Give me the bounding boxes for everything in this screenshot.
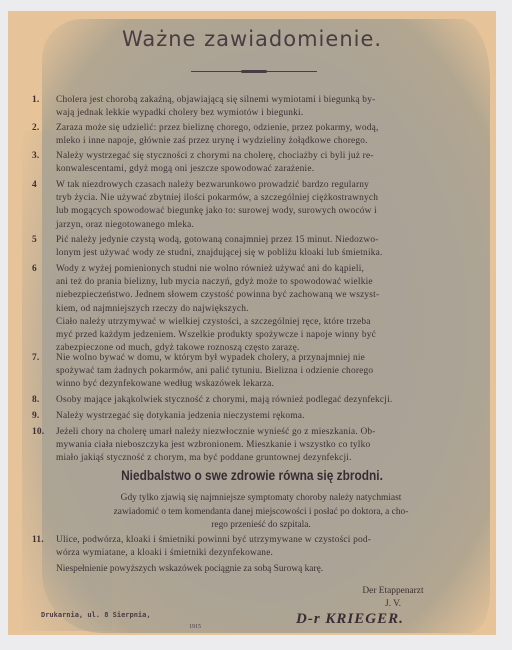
year-mark: 1915 xyxy=(189,624,201,630)
signature-role: Der Etappenarzt xyxy=(338,586,448,596)
poster-title: Ważne zawiadomienie. xyxy=(8,27,496,51)
signature-jv: J. V. xyxy=(338,599,448,609)
notice-item-4: 4 W tak niezdrowych czasach należy bezwa… xyxy=(56,179,466,232)
poster-content: Ważne zawiadomienie. 1. Cholera jest cho… xyxy=(8,11,496,635)
notice-item-7: 7. Nie wolno bywać w domu, w którym był … xyxy=(56,352,466,392)
symptom-notice: Gdy tylko zjawią się najmniejsze symptom… xyxy=(56,492,466,533)
notice-item-2: 2. Zaraza może się udzielić: przez bieli… xyxy=(56,122,466,148)
notice-item-6: 6 Wody z wyżej pomienionych studni nie w… xyxy=(56,263,466,355)
ornament-divider xyxy=(191,70,317,74)
notice-item-8: 8. Osoby mające jakąkolwiek styczność z … xyxy=(56,394,466,407)
notice-item-3: 3. Należy wystrzegać się styczności z ch… xyxy=(56,150,466,176)
notice-item-9: 9. Należy wystrzegać się dotykania jedze… xyxy=(56,410,466,423)
slogan-heading: Niedbalstwo o swe zdrowie równa się zbro… xyxy=(45,467,460,483)
notice-item-1: 1. Cholera jest chorobą zakaźną, objawia… xyxy=(56,94,466,120)
notice-item-10: 10. Jeżeli chory na cholerę umarł należy… xyxy=(56,426,466,466)
signature-name: D-r KRIEGER. xyxy=(296,611,404,628)
notice-item-5: 5 Pić należy jedynie czystą wodą, gotowa… xyxy=(56,234,466,260)
penalty-notice: Niespełnienie powyższych wskazówek pocią… xyxy=(56,564,323,574)
printer-mark: Drukarnia, ul. 8 Sierpnia, xyxy=(41,611,151,619)
notice-poster: Ważne zawiadomienie. 1. Cholera jest cho… xyxy=(8,11,496,635)
notice-item-11: 11. Ulice, podwórza, kloaki i śmietniki … xyxy=(56,534,466,560)
